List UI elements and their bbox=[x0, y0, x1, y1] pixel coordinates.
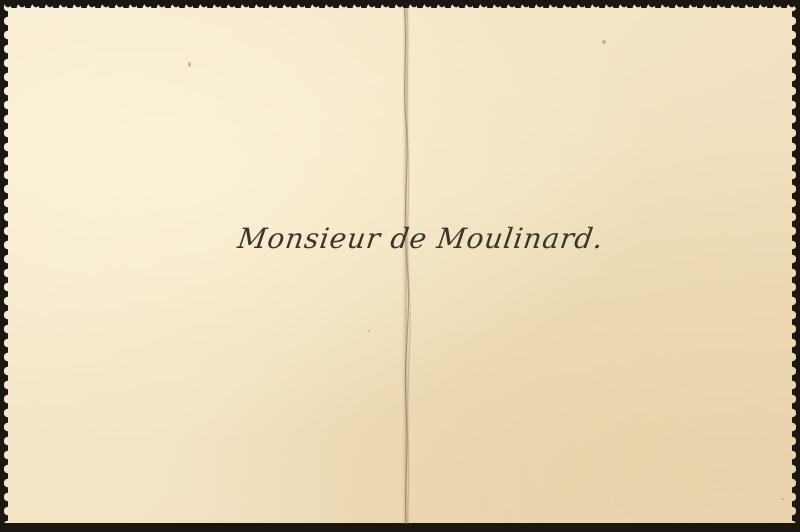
center-fold-crease bbox=[402, 4, 410, 528]
foxing-spot bbox=[188, 62, 191, 67]
foxing-spot bbox=[368, 330, 370, 332]
foxing-spot bbox=[602, 40, 606, 44]
handwritten-inscription: Monsieur de Moulinard. bbox=[236, 222, 661, 255]
foxing-spot bbox=[782, 498, 784, 500]
